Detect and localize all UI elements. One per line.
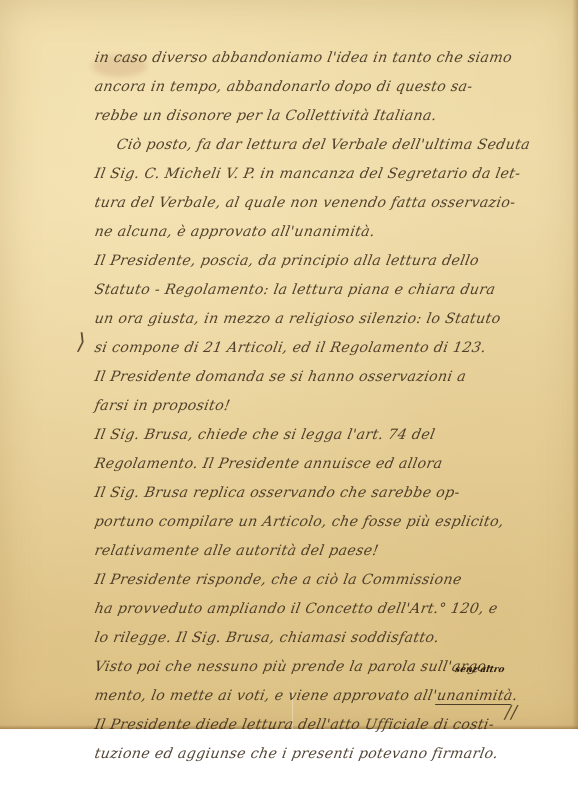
text-line: rebbe un disonore per la Collettività It…: [92, 102, 567, 131]
text-line: Il Sig. Brusa replica osservando che sar…: [92, 479, 567, 508]
text-line: Il Presidente, poscia, da principio alla…: [92, 247, 567, 276]
text-line: Il Sig. Brusa, chiede che si legga l'art…: [92, 421, 567, 450]
text-line: lo rilegge. Il Sig. Brusa, chiamasi sodd…: [92, 624, 567, 653]
text-line-with-underline: mento, lo mette ai voti, e viene approva…: [92, 682, 567, 711]
text-line: Il Sig. C. Micheli V. P. in mancanza del…: [92, 160, 567, 189]
text-line: Il Presidente risponde, che a ciò la Com…: [92, 566, 567, 595]
text-line: Regolamento. Il Presidente annuisce ed a…: [92, 450, 567, 479]
text-line: tura del Verbale, al quale non venendo f…: [92, 189, 567, 218]
text-line: si compone di 21 Articoli, ed il Regolam…: [92, 334, 567, 363]
margin-bracket-mark: ⟩: [77, 330, 86, 355]
text-line: Il Presidente diede lettura dell'atto Uf…: [92, 711, 567, 740]
scanned-page: ⟩ in caso diverso abbandoniamo l'idea in…: [0, 0, 581, 800]
text-line: in caso diverso abbandoniamo l'idea in t…: [92, 44, 567, 73]
text-line: Il Presidente domanda se si hanno osserv…: [92, 363, 567, 392]
text-line: ha provveduto ampliando il Concetto dell…: [92, 595, 567, 624]
text-line: un ora giusta, in mezzo a religioso sile…: [92, 305, 567, 334]
text-line: Ciò posto, fa dar lettura del Verbale de…: [92, 131, 567, 160]
interlinear-insertion: senz'altro: [454, 665, 505, 675]
text-line: tuzione ed aggiunse che i presenti potev…: [92, 740, 567, 769]
text-line: ne alcuna, è approvato all'unanimità.: [92, 218, 567, 247]
text-line: relativamente alle autorità del paese!: [92, 537, 567, 566]
closing-flourish-mark: //: [505, 702, 517, 723]
text-line: Statuto - Regolamento: la lettura piana …: [92, 276, 567, 305]
underlined-word: unanimità: [435, 688, 514, 705]
handwritten-text-block: in caso diverso abbandoniamo l'idea in t…: [92, 44, 562, 769]
paper-sheet: ⟩ in caso diverso abbandoniamo l'idea in…: [0, 0, 578, 729]
text-line: farsi in proposito!: [92, 392, 567, 421]
text-line: ancora in tempo, abbandonarlo dopo di qu…: [92, 73, 567, 102]
text-segment: mento, lo mette ai voti, e viene approva…: [93, 688, 438, 704]
text-line: portuno compilare un Articolo, che fosse…: [92, 508, 567, 537]
